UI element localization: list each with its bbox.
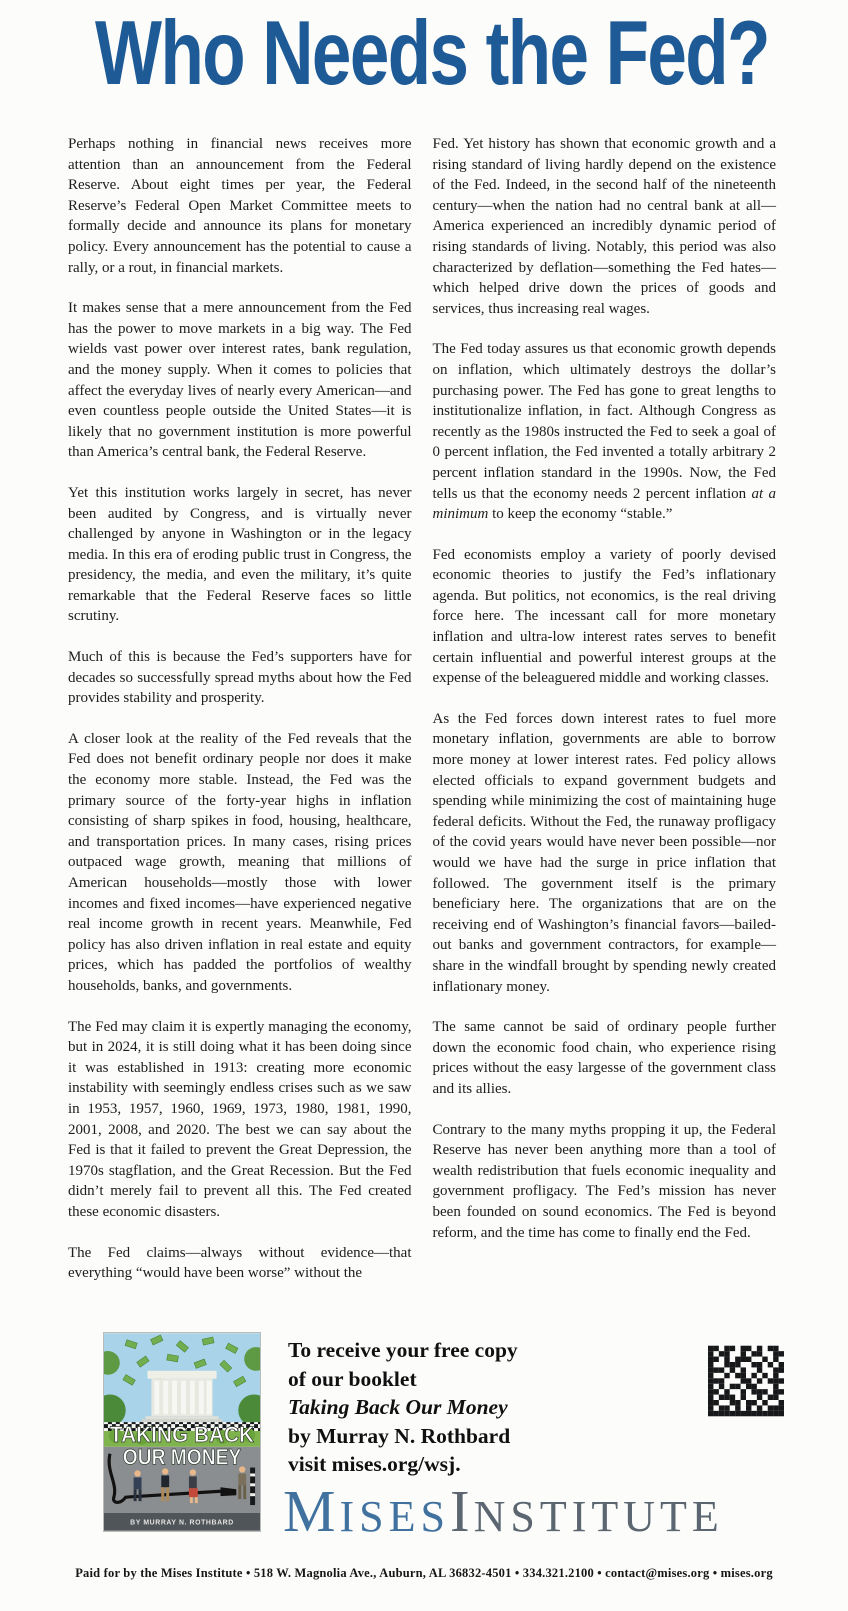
cta-line: of our booklet [288, 1365, 518, 1394]
paragraph: Contrary to the many myths propping it u… [433, 1120, 777, 1244]
promo-section: TAKING BACK OUR MONEY [0, 1326, 848, 1551]
mises-institute-logo: MISESINSTITUTE [283, 1482, 724, 1541]
paragraph: The Fed today assures us that economic g… [433, 339, 777, 524]
page-title: Who Needs the Fed? [95, 4, 769, 104]
cta-line: visit mises.org/wsj. [288, 1450, 518, 1479]
paragraph: The same cannot be said of ordinary peop… [433, 1017, 777, 1099]
cta-text: To receive your free copyof our bookletT… [288, 1336, 518, 1479]
paragraph: It makes sense that a mere announcement … [68, 298, 412, 463]
qr-code-icon [708, 1344, 784, 1418]
logo-mises-initial: M [283, 1482, 339, 1541]
article-column-left: Perhaps nothing in financial news receiv… [68, 134, 412, 1304]
logo-institute-initial: I [450, 1482, 474, 1541]
paragraph: As the Fed forces down interest rates to… [433, 709, 777, 997]
cover-title-line1: TAKING BACK [110, 1422, 254, 1447]
paragraph: The Fed claims—always without evidence—t… [68, 1243, 412, 1284]
paragraph: The Fed may claim it is expertly managin… [68, 1017, 412, 1223]
cover-title-line2: OUR MONEY [123, 1445, 242, 1470]
paragraph: Fed economists employ a variety of poorl… [433, 545, 777, 689]
book-cover-illustration: TAKING BACK OUR MONEY [104, 1333, 260, 1531]
headline-wrap: Who Needs the Fed? [0, 0, 848, 112]
book-cover-image: TAKING BACK OUR MONEY [103, 1332, 261, 1532]
cta-line: by Murray N. Rothbard [288, 1422, 518, 1451]
cta-line: Taking Back Our Money [288, 1393, 518, 1422]
logo-mises-rest: ISES [339, 1495, 449, 1539]
paragraph: A closer look at the reality of the Fed … [68, 729, 412, 997]
paragraph: Yet this institution works largely in se… [68, 483, 412, 627]
article-body: Perhaps nothing in financial news receiv… [0, 134, 848, 1304]
paragraph: Much of this is because the Fed’s suppor… [68, 647, 412, 709]
logo-institute-rest: NSTITUTE [474, 1495, 724, 1539]
cta-line: To receive your free copy [288, 1336, 518, 1365]
footer-text: Paid for by the Mises Institute • 518 W.… [0, 1566, 848, 1581]
paragraph: Fed. Yet history has shown that economic… [433, 134, 777, 319]
cover-author: BY MURRAY N. ROTHBARD [130, 1519, 234, 1526]
article-column-right: Fed. Yet history has shown that economic… [433, 134, 777, 1304]
newspaper-ad-page: Who Needs the Fed? Perhaps nothing in fi… [0, 0, 848, 1611]
paragraph: Perhaps nothing in financial news receiv… [68, 134, 412, 278]
